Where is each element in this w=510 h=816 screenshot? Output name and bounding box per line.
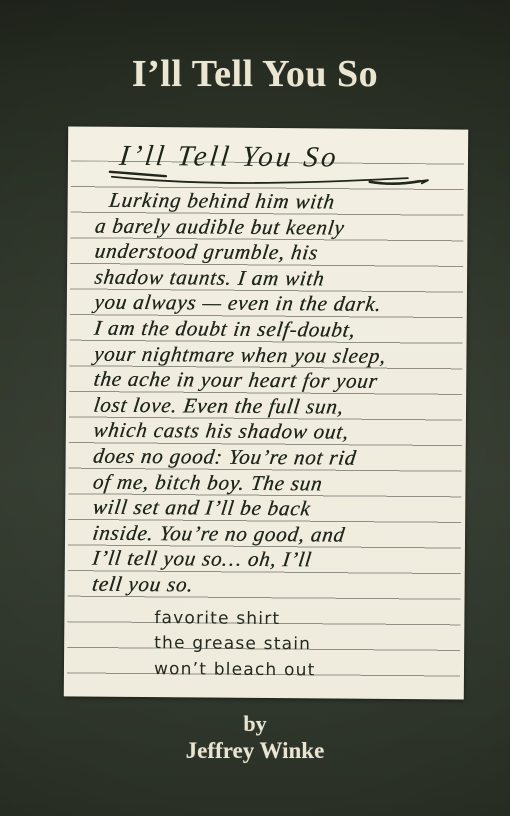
note-line: your nightmare when you sleep, [92, 341, 459, 369]
book-cover: I’ll Tell You So I’ll Tell You So Lurkin… [0, 0, 510, 816]
note-line: shadow taunts. I am with [93, 264, 460, 292]
note-title-row: I’ll Tell You So [94, 140, 458, 191]
note-line: I am the doubt in self-doubt, [93, 316, 460, 344]
byline-author: Jeffrey Winke [0, 738, 510, 764]
note-line: does no good: You’re not rid [92, 444, 459, 472]
note-line: understood grumble, his [93, 239, 460, 267]
cover-title: I’ll Tell You So [0, 52, 510, 96]
note-content: I’ll Tell You So Lurking behind him with… [90, 140, 458, 685]
haiku-line: favorite shirt [90, 605, 454, 633]
handwritten-notecard: I’ll Tell You So Lurking behind him with… [64, 126, 468, 699]
note-line: tell you so. [91, 572, 458, 600]
note-line: will set and I’ll be back [91, 495, 458, 523]
note-line: lost love. Even the full sun, [92, 392, 459, 420]
note-line: inside. You’re no good, and [91, 520, 458, 548]
haiku-line: won’t bleach out [90, 656, 454, 684]
byline: by Jeffrey Winke [0, 712, 510, 764]
note-line: of me, bitch boy. The sun [91, 469, 458, 497]
note-line: the ache in your heart for your [92, 367, 459, 395]
byline-by-label: by [0, 712, 510, 736]
haiku-line: the grease stain [90, 631, 454, 659]
note-line: a barely audible but keenly [93, 213, 460, 241]
note-line: which casts his shadow out, [92, 418, 459, 446]
note-line: I’ll tell you so… oh, I’ll [91, 546, 458, 574]
note-line: Lurking behind him with [94, 188, 461, 216]
note-title-handwritten: I’ll Tell You So [118, 140, 341, 174]
note-line: you always — even in the dark. [93, 290, 460, 318]
